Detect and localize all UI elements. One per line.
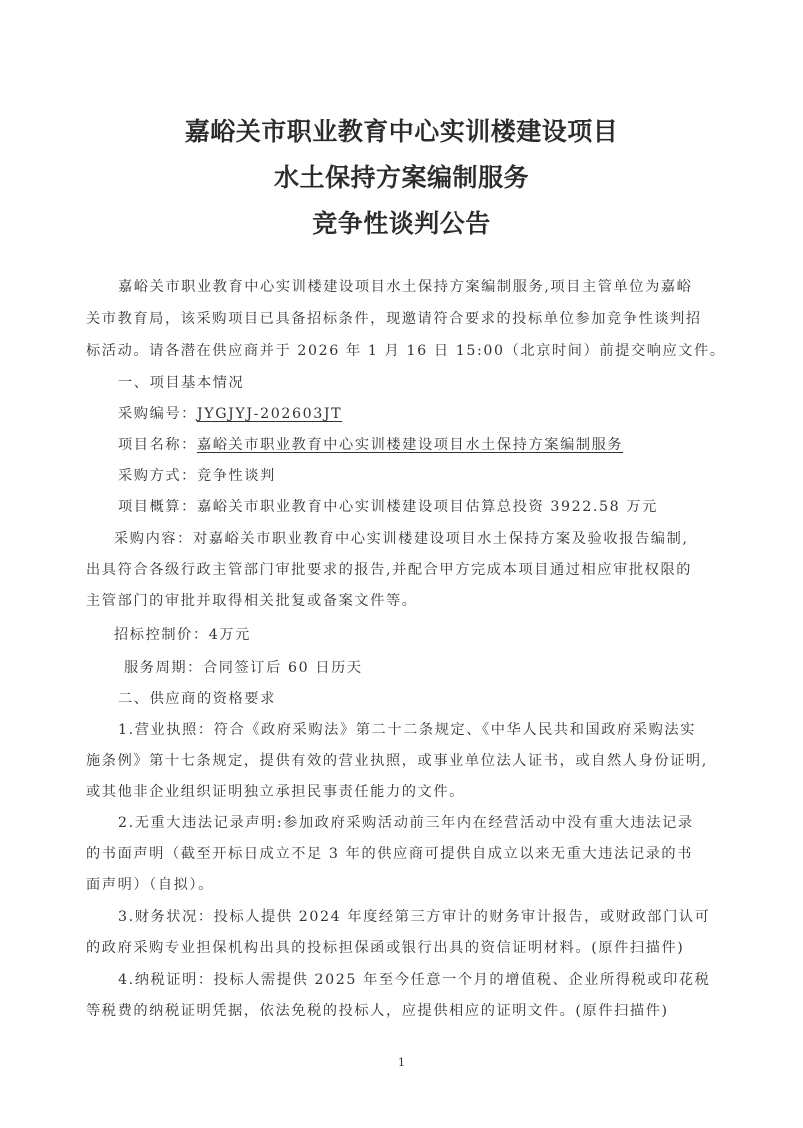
item3-line-1: 3.财务状况：投标人提供 2024 年度经第三方审计的财务审计报告，或财政部门认… bbox=[118, 906, 710, 926]
item4-line-2: 等税费的纳税证明凭据，依法免税的投标人，应提供相应的证明文件。(原件扫描件) bbox=[86, 1000, 669, 1020]
content-line-2: 出具符合各级行政主管部门审批要求的报告,并配合甲方完成本项目通过相应审批权限的 bbox=[86, 559, 692, 579]
procurement-no-label: 采购编号： bbox=[118, 406, 197, 422]
procurement-method: 采购方式：竞争性谈判 bbox=[118, 465, 276, 485]
title-line-1: 嘉峪关市职业教育中心实训楼建设项目 bbox=[0, 112, 803, 148]
item2-line-3: 面声明）（自拟）。 bbox=[86, 874, 214, 894]
item1-line-3: 或其他非企业组织证明独立承担民事责任能力的文件。 bbox=[86, 781, 465, 801]
item1-line-1: 1.营业执照：符合《政府采购法》第二十二条规定、《中华人民共和国政府采购法实 bbox=[118, 719, 696, 739]
project-name-row: 项目名称：嘉峪关市职业教育中心实训楼建设项目水土保持方案编制服务 bbox=[118, 434, 623, 454]
project-name: 嘉峪关市职业教育中心实训楼建设项目水土保持方案编制服务 bbox=[197, 437, 623, 453]
item3-line-2: 的政府采购专业担保机构出具的投标担保函或银行出具的资信证明材料。(原件扫描件) bbox=[86, 937, 684, 957]
service-period: 服务周期：合同签订后 60 日历天 bbox=[124, 657, 363, 677]
control-price: 招标控制价：4万元 bbox=[114, 624, 251, 644]
item2-line-2: 的书面声明（截至开标日成立不足 3 年的供应商可提供自成立以来无重大违法记录的书 bbox=[86, 843, 693, 863]
title-line-3: 竞争性谈判公告 bbox=[0, 204, 803, 240]
intro-line-2: 关市教育局，该采购项目已具备招标条件，现邀请符合要求的投标单位参加竞争性谈判招 bbox=[86, 308, 702, 328]
content-line-3: 主管部门的审批并取得相关批复或备案文件等。 bbox=[86, 590, 418, 610]
item4-line-1: 4.纳税证明：投标人需提供 2025 年至今任意一个月的增值税、企业所得税或印花… bbox=[118, 969, 710, 989]
page-number: 1 bbox=[0, 1056, 803, 1069]
section2-heading: 二、供应商的资格要求 bbox=[118, 688, 276, 708]
title-line-2: 水土保持方案编制服务 bbox=[0, 158, 803, 194]
content-line-1: 采购内容：对嘉峪关市职业教育中心实训楼建设项目水土保持方案及验收报告编制, bbox=[114, 528, 688, 548]
intro-line-1: 嘉峪关市职业教育中心实训楼建设项目水土保持方案编制服务,项目主管单位为嘉峪 bbox=[118, 276, 692, 296]
procurement-no: JYGJYJ-202603JT bbox=[197, 406, 342, 422]
intro-line-3: 标活动。请各潜在供应商并于 2026 年 1 月 16 日 15:00（北京时间… bbox=[86, 340, 726, 360]
procurement-no-row: 采购编号：JYGJYJ-202603JT bbox=[118, 403, 342, 423]
section1-heading: 一、项目基本情况 bbox=[118, 372, 244, 392]
item2-line-1: 2.无重大违法记录声明:参加政府采购活动前三年内在经营活动中没有重大违法记录 bbox=[118, 812, 694, 832]
item1-line-2: 施条例》第十七条规定，提供有效的营业执照，或事业单位法人证书，或自然人身份证明, bbox=[86, 750, 708, 770]
project-name-label: 项目名称： bbox=[118, 437, 197, 453]
project-budget: 项目概算：嘉峪关市职业教育中心实训楼建设项目估算总投资 3922.58 万元 bbox=[118, 496, 658, 516]
